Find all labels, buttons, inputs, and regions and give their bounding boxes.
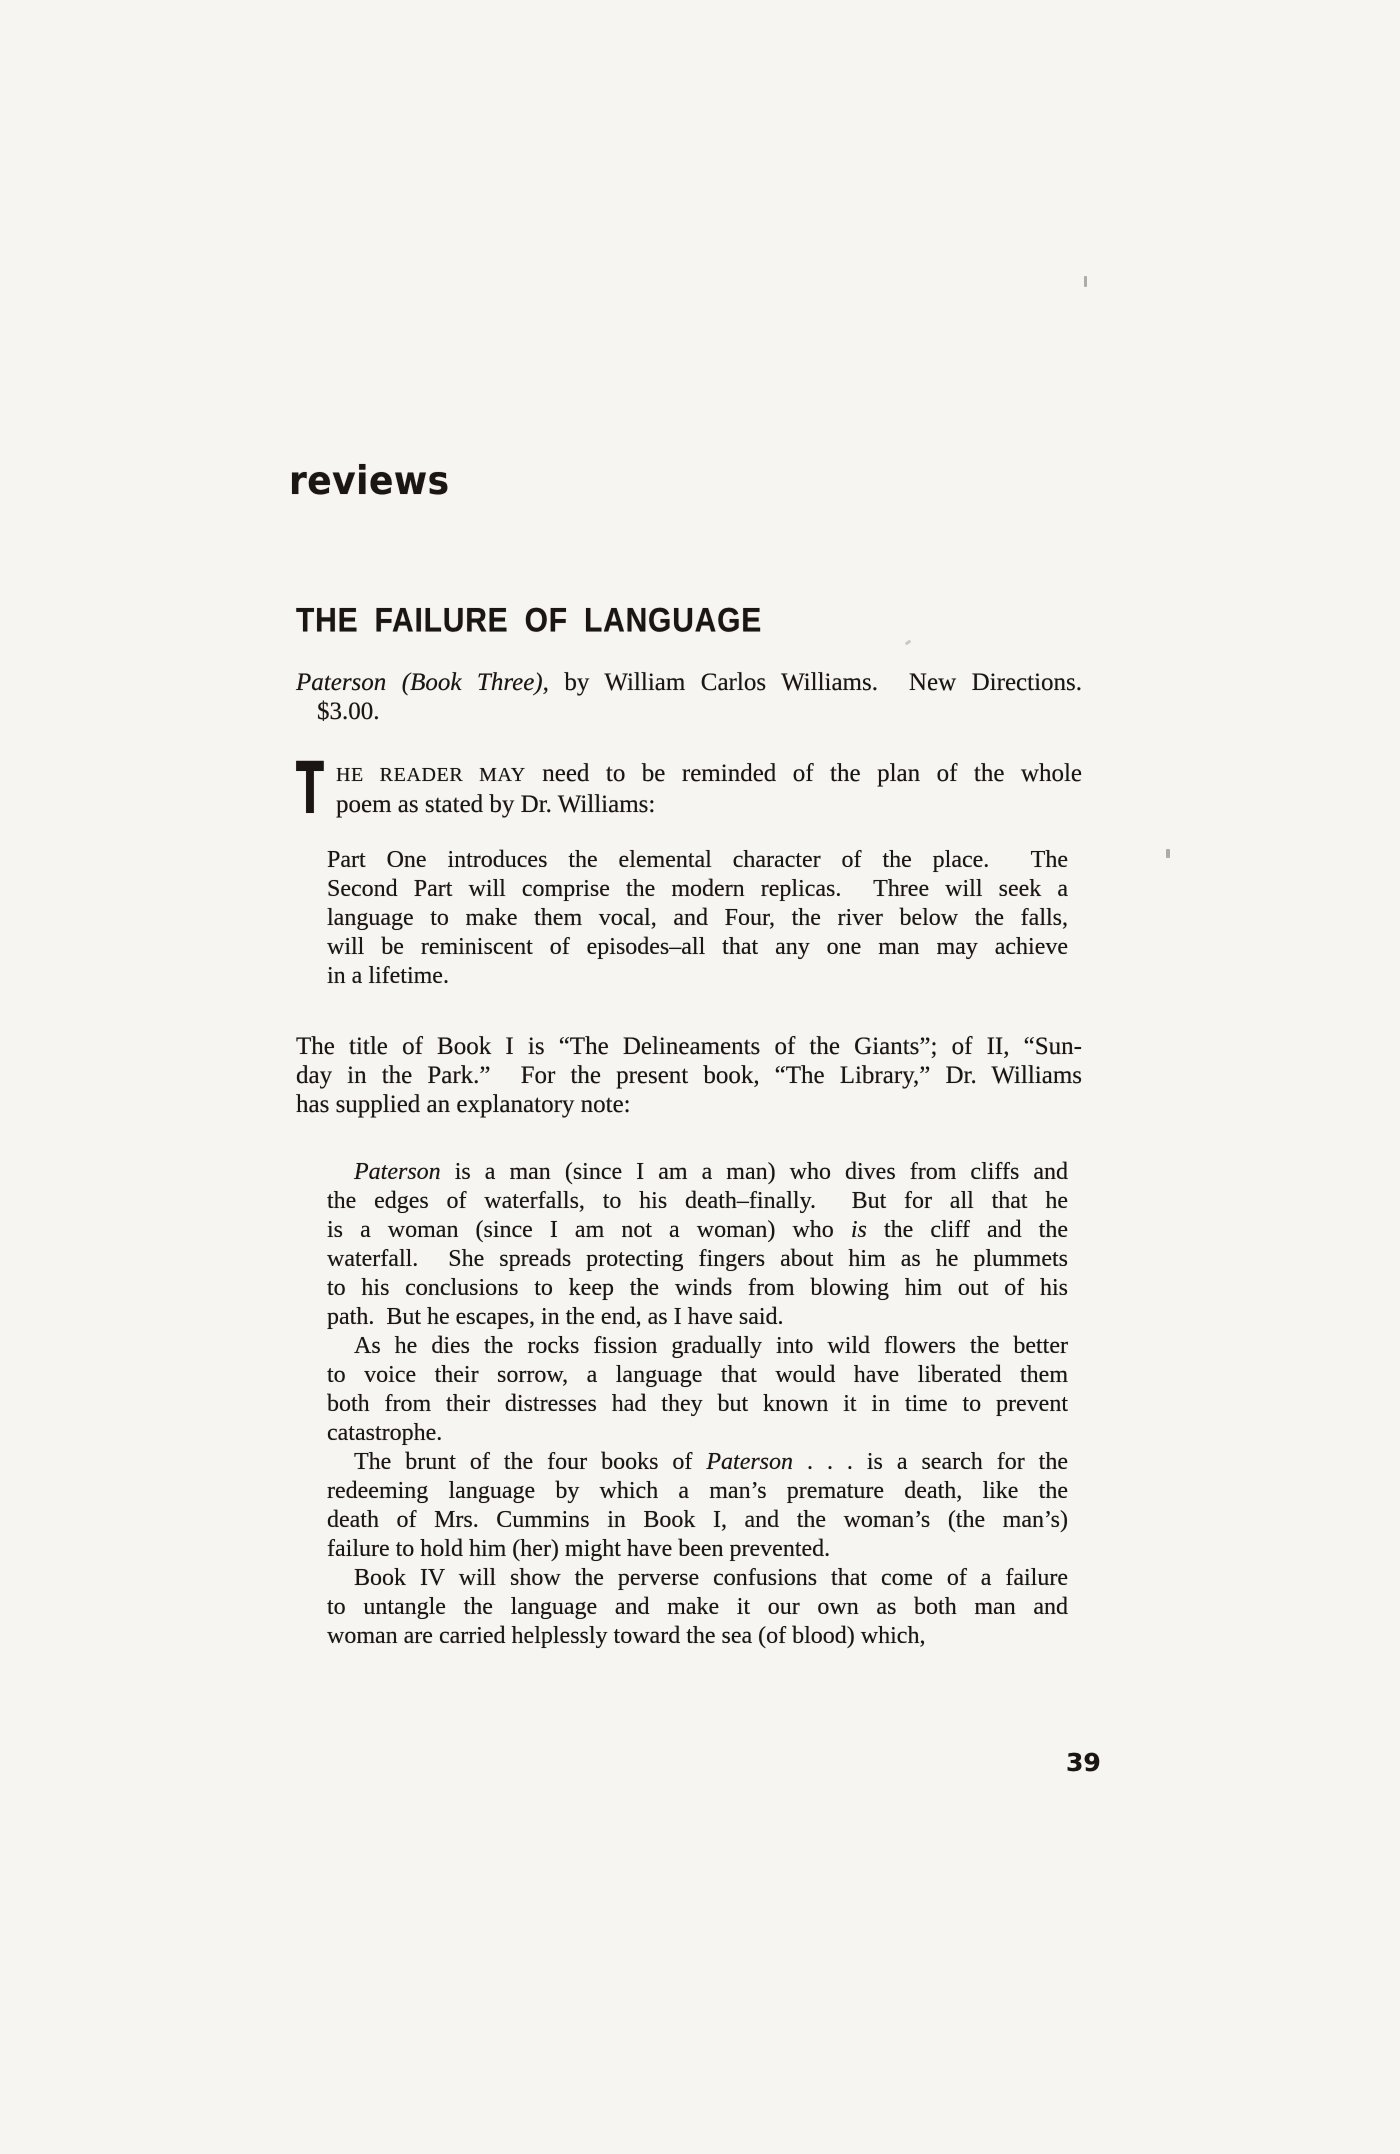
text-line: The title of Book I is “The Delineaments…: [296, 1032, 1082, 1061]
text-line: $3.00.: [317, 697, 1082, 726]
body-text: waterfall. She spreads protecting finger…: [327, 1246, 1068, 1272]
body-text: failure to hold him (her) might have bee…: [327, 1536, 830, 1562]
text-line: HE READER MAY need to be reminded of the…: [296, 759, 1082, 790]
body-text: to untangle the language and make it our…: [327, 1594, 1068, 1620]
body-text: catastrophe.: [327, 1420, 442, 1446]
text-line: to his conclusions to keep the winds fro…: [327, 1274, 1068, 1303]
text-line: language to make them vocal, and Four, t…: [327, 904, 1068, 933]
body-text: both from their distresses had they but …: [327, 1391, 1068, 1417]
review-title: THE FAILURE OF LANGUAGE: [296, 604, 762, 639]
body-text: need to be reminded of the plan of the w…: [526, 760, 1082, 787]
body-text: to voice their sorrow, a language that w…: [327, 1362, 1068, 1388]
body-text: is a man (since I am a man) who dives fr…: [441, 1159, 1068, 1185]
text-line: waterfall. She spreads protecting finger…: [327, 1245, 1068, 1274]
body-text: Part One introduces the elemental charac…: [327, 847, 1068, 873]
body-text: path. But he escapes, in the end, as I h…: [327, 1304, 784, 1330]
body-text: $3.00.: [317, 698, 380, 725]
italic-text: Paterson (Book Three),: [296, 669, 549, 696]
body-text: The brunt of the four books of: [354, 1449, 706, 1475]
smallcaps-text: HE READER MAY: [336, 764, 526, 786]
text-line: Part One introduces the elemental charac…: [327, 846, 1068, 875]
body-text: to his conclusions to keep the winds fro…: [327, 1275, 1068, 1301]
body-text: in a lifetime.: [327, 963, 449, 989]
italic-text: Paterson: [706, 1449, 793, 1475]
text-line: path. But he escapes, in the end, as I h…: [327, 1303, 1068, 1332]
opening-lines: HE READER MAY need to be reminded of the…: [296, 759, 1082, 819]
body-text: has supplied an explanatory note:: [296, 1091, 631, 1118]
body-text: by William Carlos Williams. New Directio…: [549, 669, 1082, 696]
dropcap-letter: T: [296, 757, 324, 821]
text-line: to voice their sorrow, a language that w…: [327, 1361, 1068, 1390]
body-text: the edges of waterfalls, to his death–fi…: [327, 1188, 1068, 1214]
body-text: day in the Park.” For the present book, …: [296, 1062, 1082, 1089]
text-line: in a lifetime.: [327, 962, 1068, 991]
text-line: will be reminiscent of episodes–all that…: [327, 933, 1068, 962]
scan-speck: [1084, 276, 1087, 287]
text-line: death of Mrs. Cummins in Book I, and the…: [327, 1506, 1068, 1535]
text-line: failure to hold him (her) might have bee…: [327, 1535, 1068, 1564]
body-text: Book IV will show the perverse confusion…: [354, 1565, 1068, 1591]
book-citation: Paterson (Book Three), by William Carlos…: [296, 668, 1082, 726]
text-line: As he dies the rocks fission gradually i…: [327, 1332, 1068, 1361]
body-text: Second Part will comprise the modern rep…: [327, 876, 1068, 902]
text-line: Second Part will comprise the modern rep…: [327, 875, 1068, 904]
text-line: poem as stated by Dr. Williams:: [296, 790, 1082, 819]
body-text: is a woman (since I am not a woman) who: [327, 1217, 851, 1243]
text-line: Paterson is a man (since I am a man) who…: [327, 1158, 1068, 1187]
blockquote-explanatory-note: Paterson is a man (since I am a man) who…: [327, 1158, 1068, 1651]
scan-speck: [1166, 849, 1170, 858]
text-line: the edges of waterfalls, to his death–fi…: [327, 1187, 1068, 1216]
italic-text: Paterson: [354, 1159, 441, 1185]
text-line: woman are carried helplessly toward the …: [327, 1622, 1068, 1651]
text-line: Book IV will show the perverse confusion…: [327, 1564, 1068, 1593]
body-text: the cliff and the: [867, 1217, 1068, 1243]
body-text: . . . is a search for the: [793, 1449, 1068, 1475]
text-line: day in the Park.” For the present book, …: [296, 1061, 1082, 1090]
text-line: to untangle the language and make it our…: [327, 1593, 1068, 1622]
text-line: both from their distresses had they but …: [327, 1390, 1068, 1419]
body-text: redeeming language by which a man’s prem…: [327, 1478, 1068, 1504]
body-text: As he dies the rocks fission gradually i…: [354, 1333, 1068, 1359]
text-line: Paterson (Book Three), by William Carlos…: [296, 668, 1082, 697]
body-text: will be reminiscent of episodes–all that…: [327, 934, 1068, 960]
opening-paragraph: T HE READER MAY need to be reminded of t…: [296, 759, 1082, 819]
paragraph-book-titles: The title of Book I is “The Delineaments…: [296, 1032, 1082, 1119]
text-line: catastrophe.: [327, 1419, 1068, 1448]
body-text: poem as stated by Dr. Williams:: [336, 791, 655, 818]
text-line: redeeming language by which a man’s prem…: [327, 1477, 1068, 1506]
text-line: has supplied an explanatory note:: [296, 1090, 1082, 1119]
italic-text: is: [851, 1217, 867, 1243]
blockquote-plan: Part One introduces the elemental charac…: [327, 846, 1068, 991]
text-line: is a woman (since I am not a woman) who …: [327, 1216, 1068, 1245]
body-text: language to make them vocal, and Four, t…: [327, 905, 1068, 931]
body-text: The title of Book I is “The Delineaments…: [296, 1033, 1082, 1060]
page-number: 39: [1066, 1750, 1101, 1775]
section-label: reviews: [289, 462, 450, 502]
scan-speck: [905, 640, 912, 646]
text-line: The brunt of the four books of Paterson …: [327, 1448, 1068, 1477]
body-text: death of Mrs. Cummins in Book I, and the…: [327, 1507, 1068, 1533]
body-text: woman are carried helplessly toward the …: [327, 1623, 925, 1649]
scanned-review-page: reviews THE FAILURE OF LANGUAGE Paterson…: [0, 0, 1400, 2154]
